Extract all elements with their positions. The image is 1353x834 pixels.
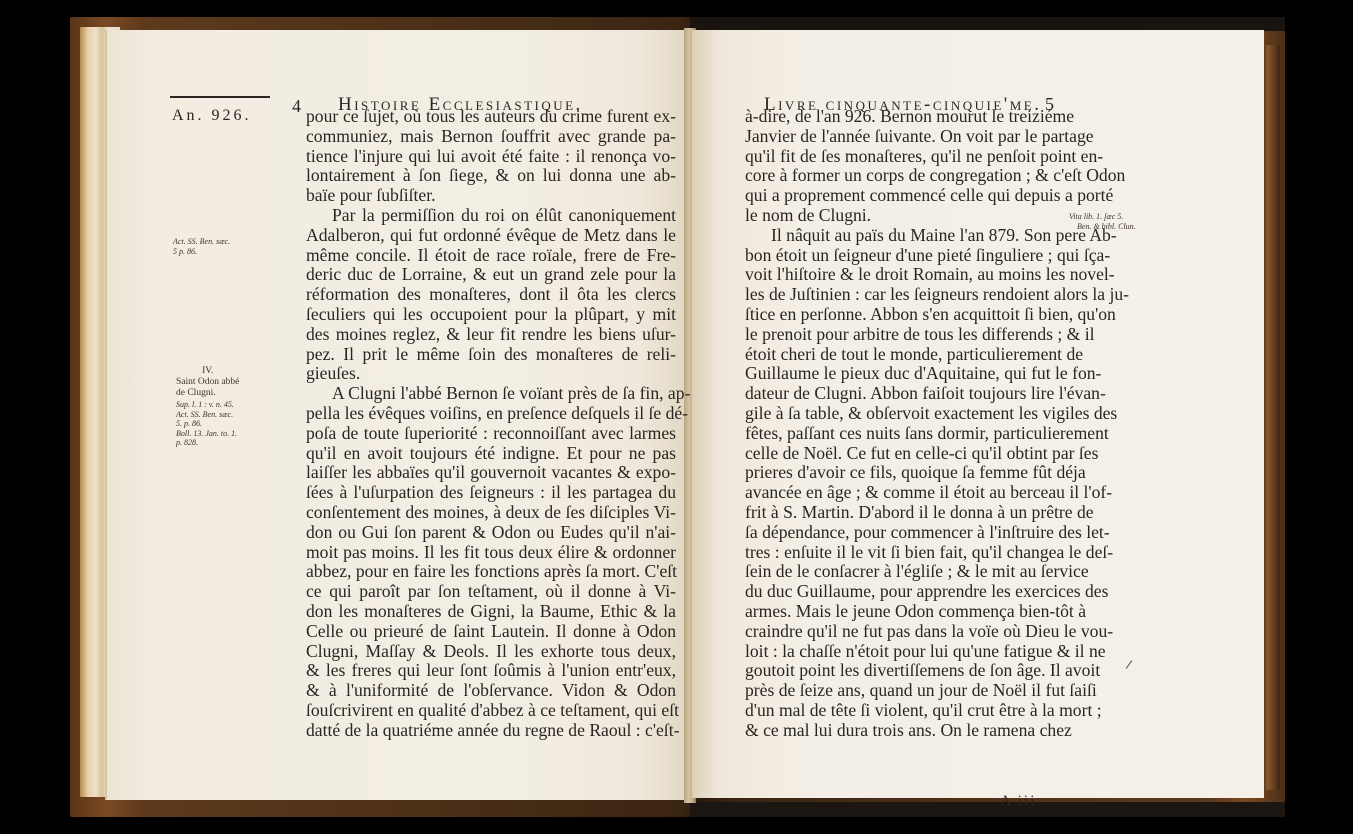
cover-edge-bottom xyxy=(690,802,1285,817)
text-line: laiſſer les abbaïes qu'il gouvernoit vac… xyxy=(306,463,676,483)
text-line: communiez, mais Bernon ſouffrit avec gra… xyxy=(306,127,676,147)
text-line: ſein de le conſacrer à l'égliſe ; & le m… xyxy=(745,562,1050,582)
text-line: tres : enſuite il le vit ſi bien fait, q… xyxy=(745,543,1050,563)
text-line: & les freres qui leur ſont ſoûmis à l'un… xyxy=(306,661,676,681)
text-line: craindre qu'il ne fut pas dans la voïe o… xyxy=(745,622,1050,642)
text-line: ſouſcrivirent en qualité d'abbez à ce te… xyxy=(306,701,676,721)
text-line: ce qui paroît par ſon teſtament, où il d… xyxy=(306,582,676,602)
text-line: pez. Il prit le même ſoin des monaſteres… xyxy=(306,345,676,365)
right-body-text: à-dire, de l'an 926. Bernon mourut le tr… xyxy=(745,107,1050,741)
page-stack-right xyxy=(1262,45,1280,790)
text-line: deric duc de Lorraine, & eut un grand ze… xyxy=(306,265,676,285)
text-line: pour ce ſujet, où tous les auteurs du cr… xyxy=(306,107,676,127)
text-line: lontairement à ſon ſiege, & on lui donna… xyxy=(306,166,676,186)
text-line: du duc Guillaume, pour apprendre les exe… xyxy=(745,582,1050,602)
text-line: près de ſeize ans, quand un jour de Noël… xyxy=(745,681,1050,701)
left-body-text: pour ce ſujet, où tous les auteurs du cr… xyxy=(306,107,676,741)
text-line: dateur de Clugni. Abbon faiſoit toujours… xyxy=(745,384,1050,404)
year-rule xyxy=(170,96,270,98)
text-line: même concile. Il étoit de race roïale, f… xyxy=(306,246,676,266)
left-page-number: 4 xyxy=(292,96,301,117)
text-line: Il nâquit au païs du Maine l'an 879. Son… xyxy=(745,226,1050,246)
text-line: don ou Gui ſon parent & Odon ou Eudes qu… xyxy=(306,523,676,543)
text-line: gieuſes. xyxy=(306,364,676,384)
text-line: ſtice en perſonne. Abbon s'en acquittoit… xyxy=(745,305,1050,325)
text-line: réformation des monaſteres, dont il ôta … xyxy=(306,285,676,305)
text-line: A Clugni l'abbé Bernon ſe voïant près de… xyxy=(306,384,676,404)
text-line: le prenoit pour arbitre de tous les diff… xyxy=(745,325,1050,345)
text-line: celle de Noël. Ce fut en celle-ci qu'il … xyxy=(745,444,1050,464)
text-line: tience l'injure qui lui avoit été faite … xyxy=(306,147,676,167)
text-line: ſa dépendance, pour commencer à l'inſtru… xyxy=(745,523,1050,543)
text-line: Guillaume le pieux duc d'Aquitaine, qui … xyxy=(745,364,1050,384)
text-line: pella les évêques voiſins, en preſence d… xyxy=(306,404,676,424)
text-line: avancée en âge ; & comme il étoit au ber… xyxy=(745,483,1050,503)
cover-edge-top xyxy=(690,17,1285,31)
text-line: Par la permiſſion du roi on élût canoniq… xyxy=(306,206,676,226)
text-line: des moines reglez, & leur fit rendre les… xyxy=(306,325,676,345)
text-line: Clugni, Maſſay & Deols. Il les exhorte t… xyxy=(306,642,676,662)
text-line: poſa de toute ſuperiorité : reconnoiſſan… xyxy=(306,424,676,444)
printer-signature: A iij xyxy=(1000,793,1036,810)
text-line: ſées à l'uſurpation des ſeigneurs : il l… xyxy=(306,483,676,503)
text-line: conſentement des moines, à deux de ſes d… xyxy=(306,503,676,523)
text-line: armes. Mais le jeune Odon commença bien-… xyxy=(745,602,1050,622)
margin-note-section-heading: IV. Saint Odon abbé de Clugni. xyxy=(176,366,239,399)
text-line: gile à ſa table, & obſervoit exactement … xyxy=(745,404,1050,424)
text-line: & à l'uniformité de l'obſervance. Vidon … xyxy=(306,681,676,701)
text-line: bon étoit un ſeigneur d'une pieté ſingul… xyxy=(745,246,1050,266)
text-line: frit à S. Martin. D'abord il le donna à … xyxy=(745,503,1050,523)
text-line: qui a proprement commencé celle qui depu… xyxy=(745,186,1050,206)
text-line: prieres d'avoir ce fils, quoique ſa femm… xyxy=(745,463,1050,483)
text-line: Celle ou prieuré de ſaint Lautein. Il do… xyxy=(306,622,676,642)
text-line: voit l'hiſtoire & le droit Romain, au mo… xyxy=(745,265,1050,285)
text-line: baïe pour ſubſiſter. xyxy=(306,186,676,206)
open-book-scan: 4 Histoire Ecclesiastique. An. 926. Act.… xyxy=(0,0,1353,834)
text-line: Janvier de l'année ſuivante. On voit par… xyxy=(745,127,1050,147)
text-line: abbez, pour en faire les fonctions après… xyxy=(306,562,676,582)
year-marker: An. 926. xyxy=(172,107,252,125)
text-line: à-dire, de l'an 926. Bernon mourut le tr… xyxy=(745,107,1050,127)
text-line: moit pas moins. Il les fit tous deux éli… xyxy=(306,543,676,563)
text-line: don les monaſteres de Gigni, la Baume, E… xyxy=(306,602,676,622)
text-line: qu'il en avoit toujours été indigne. Et … xyxy=(306,444,676,464)
text-line: les de Juſtinien : car les ſeigneurs ren… xyxy=(745,285,1050,305)
text-line: loit : la chaſſe n'étoit pour lui qu'une… xyxy=(745,642,1050,662)
text-line: d'un mal de tête ſi violent, qu'il crut … xyxy=(745,701,1050,721)
text-line: datté de la quatriéme année du regne de … xyxy=(306,721,676,741)
text-line: ſeculiers qui les occupoient pour la plû… xyxy=(306,305,676,325)
text-line: le nom de Clugni. xyxy=(745,206,1050,226)
margin-note-references: Sup. l. 1 : v. n. 45. Act. SS. Ben. sæc.… xyxy=(176,400,237,448)
text-line: Adalberon, qui fut ordonné évêque de Met… xyxy=(306,226,676,246)
text-line: core à former un corps de congregation ;… xyxy=(745,166,1050,186)
text-line: goutoit point les divertiſſemens de ſon … xyxy=(745,661,1050,681)
margin-note-acta: Act. SS. Ben. sæc. 5 p. 86. xyxy=(173,237,230,256)
text-line: fêtes, paſſant ces nuits ſans dormir, pa… xyxy=(745,424,1050,444)
text-line: qu'il fit de ſes monaſteres, qu'il ne pe… xyxy=(745,147,1050,167)
text-line: & ce mal lui dura trois ans. On le ramen… xyxy=(745,721,1050,741)
text-line: étoit cheri de tout le monde, particulie… xyxy=(745,345,1050,365)
